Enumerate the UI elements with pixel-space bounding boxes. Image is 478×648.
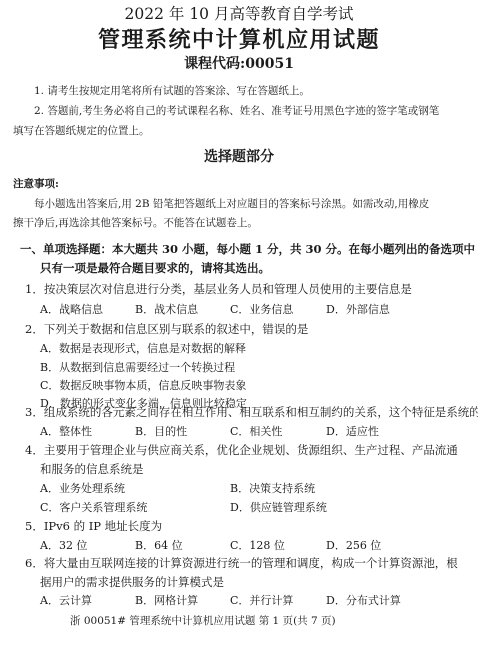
question-1-option-d: D．外部信息 [326, 302, 390, 317]
question-6-stem: 6．将大量由互联网连接的计算资源进行统一的管理和调度，构成一个计算资源池，根 [25, 556, 458, 571]
question-3-option-a: A．整体性 [40, 424, 92, 439]
instruction-1: 1. 请考生按规定用笔将所有试题的答案涂、写在答题纸上。 [34, 84, 310, 98]
question-3-stem: 3．组成系统的各元素之间存在相互作用、相互联系和相互制约的关系，这个特征是系统的 [25, 405, 478, 420]
question-6-option-d: D．分布式计算 [326, 593, 401, 608]
notice-line-1: 每小题选出答案后,用 2B 铅笔把答题纸上对应题目的答案标号涂黑。如需改动,用橡… [34, 197, 429, 211]
question-5-option-b: B．64 位 [135, 538, 183, 553]
question-5-option-c: C．128 位 [230, 538, 285, 553]
question-4-option-d: D．供应链管理系统 [230, 500, 327, 515]
question-6-option-c: C．并行计算 [230, 593, 293, 608]
notice-label: 注意事项: [13, 177, 59, 191]
question-2-stem: 2．下列关于数据和信息区别与联系的叙述中，错误的是 [25, 322, 308, 337]
question-1-option-b: B．战术信息 [135, 302, 198, 317]
instruction-2: 2. 答题前,考生务必将自己的考试课程名称、姓名、准考证号用黑色字迹的签字笔或钢… [34, 104, 439, 118]
question-1-option-a: A．战略信息 [40, 302, 103, 317]
part-one-heading: 一、单项选择题：本大题共 30 小题，每小题 1 分，共 30 分。在每小题列出… [20, 242, 475, 257]
exam-title: 2022 年 10 月高等教育自学考试 [0, 4, 478, 24]
question-6-stem-cont: 据用户的需求提供服务的计算模式是 [40, 575, 224, 590]
question-2-option-a: A．数据是表现形式，信息是对数据的解释 [40, 341, 246, 356]
section-title: 选择题部分 [0, 148, 478, 166]
question-4-option-a: A．业务处理系统 [40, 481, 125, 496]
question-4-option-b: B．决策支持系统 [230, 481, 315, 496]
question-1-stem: 1．按决策层次对信息进行分类，基层业务人员和管理人员使用的主要信息是 [25, 282, 412, 297]
question-4-stem-cont: 和服务的信息系统是 [40, 462, 144, 477]
notice-line-2: 擦干净后,再选涂其他答案标号。不能答在试题卷上。 [13, 216, 258, 230]
question-4-stem: 4．主要用于管理企业与供应商关系，优化企业规划、货源组织、生产过程、产品流通 [25, 443, 458, 458]
question-3-option-c: C．相关性 [230, 424, 282, 439]
question-3-option-b: B．目的性 [135, 424, 187, 439]
page-footer: 浙 00051# 管理系统中计算机应用试题 第 1 页(共 7 页) [70, 614, 336, 628]
course-code: 课程代码:00051 [0, 55, 478, 73]
question-5-option-a: A．32 位 [40, 538, 87, 553]
part-one-heading-cont: 只有一项是最符合题目要求的，请将其选出。 [40, 261, 270, 276]
question-6-option-b: B．网格计算 [135, 593, 198, 608]
question-4-option-c: C．客户关系管理系统 [40, 500, 147, 515]
question-5-stem: 5．IPv6 的 IP 地址长度为 [25, 519, 162, 534]
question-6-option-a: A．云计算 [40, 593, 92, 608]
question-1-option-c: C．业务信息 [230, 302, 293, 317]
question-3-option-d: D．适应性 [326, 424, 379, 439]
paper-title: 管理系统中计算机应用试题 [0, 27, 478, 53]
question-2-option-b: B．从数据到信息需要经过一个转换过程 [40, 360, 235, 375]
question-5-option-d: D．256 位 [326, 538, 381, 553]
instruction-2-cont: 填写在答题纸规定的位置上。 [13, 124, 150, 138]
question-2-option-c: C．数据反映事物本质，信息反映事物表象 [40, 378, 246, 393]
